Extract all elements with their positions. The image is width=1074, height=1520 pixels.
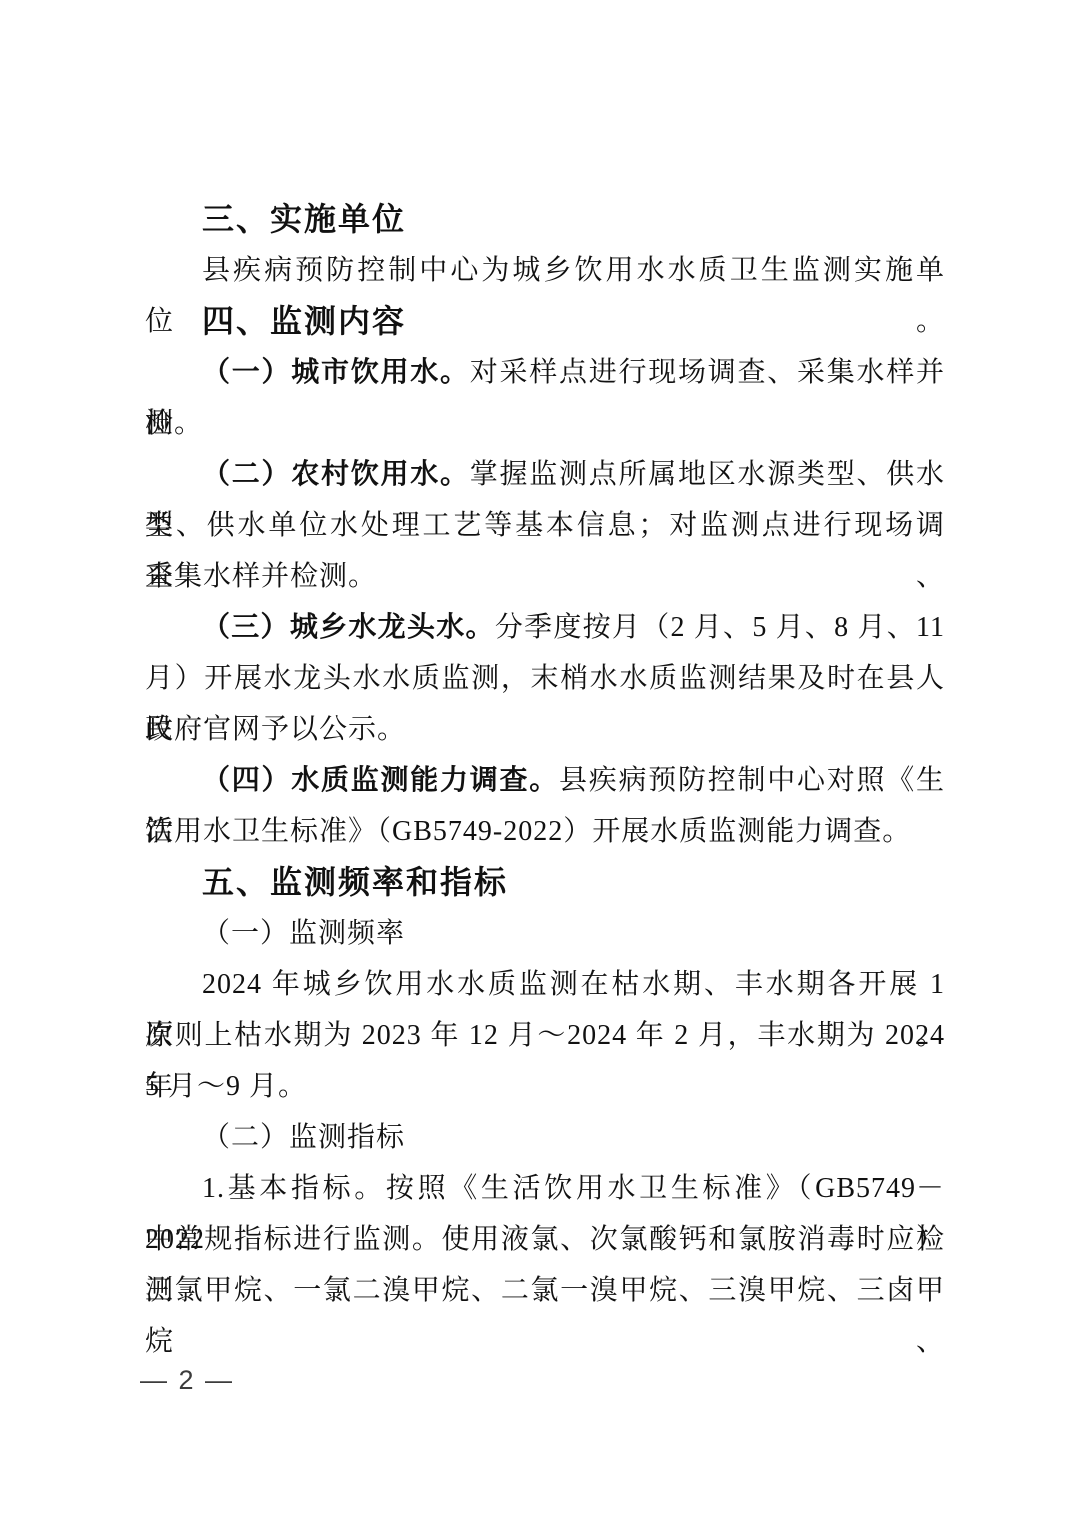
paragraph-line: 2024 年城乡饮用水水质监测在枯水期、丰水期各开展 1 次。 (145, 959, 945, 1010)
paragraph-lead-text: 五、监测频率和指标 (202, 864, 508, 900)
document-body: 三、实施单位县疾病预防控制中心为城乡饮用水水质卫生监测实施单位。四、监测内容（一… (145, 194, 945, 1316)
paragraph-line: （四）水质监测能力调查。县疾病预防控制中心对照《生活 (145, 755, 945, 806)
page-footer: — 2 — (140, 1360, 234, 1400)
paragraph-line: （一）监测频率 (145, 908, 945, 959)
paragraph-line: （三）城乡水龙头水。分季度按月（2 月、5 月、8 月、11 (145, 602, 945, 653)
paragraph-line: 测。 (145, 398, 945, 449)
section-heading: 三、实施单位 (145, 194, 945, 245)
paragraph-text: 三氯甲烷、一氯二溴甲烷、二氯一溴甲烷、三溴甲烷、三卤甲烷、 (145, 1275, 945, 1357)
paragraph-line: 月）开展水龙头水水质监测，末梢水水质监测结果及时在县人民 (145, 653, 945, 704)
paragraph-line: （一）城市饮用水。对采样点进行现场调查、采集水样并检 (145, 347, 945, 398)
paragraph-text: 饮用水卫生标准》（GB5749-2022）开展水质监测能力调查。 (145, 816, 911, 847)
paragraph-lead-text: （二）农村饮用水。 (202, 459, 470, 490)
document-page: 三、实施单位县疾病预防控制中心为城乡饮用水水质卫生监测实施单位。四、监测内容（一… (0, 0, 1074, 1520)
paragraph-lead-text: （一）城市饮用水。 (202, 357, 470, 388)
paragraph-lead-text: 三、实施单位 (202, 201, 406, 237)
paragraph-lead-text: （四）水质监测能力调查。 (202, 765, 559, 796)
paragraph-line: 1.基本指标。按照《生活饮用水卫生标准》（GB5749－2022） (145, 1163, 945, 1214)
paragraph-text: 政府官网予以公示。 (145, 714, 406, 745)
paragraph-lead-text: （三）城乡水龙头水。 (202, 612, 495, 643)
section-heading: 五、监测频率和指标 (145, 857, 945, 908)
paragraph-line: 型、供水单位水处理工艺等基本信息；对监测点进行现场调查、 (145, 500, 945, 551)
paragraph-line: （二）农村饮用水。掌握监测点所属地区水源类型、供水类 (145, 449, 945, 500)
paragraph-line: 政府官网予以公示。 (145, 704, 945, 755)
page-number: — 2 — (140, 1365, 234, 1395)
paragraph-lead-text: 四、监测内容 (202, 303, 406, 339)
paragraph-text: （一）监测频率 (202, 918, 405, 949)
paragraph-line: 三氯甲烷、一氯二溴甲烷、二氯一溴甲烷、三溴甲烷、三卤甲烷、 (145, 1265, 945, 1316)
paragraph-line: 原则上枯水期为 2023 年 12 月～2024 年 2 月，丰水期为 2024… (145, 1010, 945, 1061)
paragraph-text: 分季度按月（2 月、5 月、8 月、11 (495, 612, 945, 643)
paragraph-text: （二）监测指标 (202, 1122, 405, 1153)
paragraph-text: 采集水样并检测。 (145, 561, 377, 592)
paragraph-line: 县疾病预防控制中心为城乡饮用水水质卫生监测实施单位。 (145, 245, 945, 296)
paragraph-line: （二）监测指标 (145, 1112, 945, 1163)
paragraph-line: 饮用水卫生标准》（GB5749-2022）开展水质监测能力调查。 (145, 806, 945, 857)
paragraph-text: 测。 (145, 408, 203, 439)
paragraph-line: 5 月～9 月。 (145, 1061, 945, 1112)
paragraph-text: 5 月～9 月。 (145, 1071, 307, 1102)
paragraph-line: 中常规指标进行监测。使用液氯、次氯酸钙和氯胺消毒时应检测 (145, 1214, 945, 1265)
